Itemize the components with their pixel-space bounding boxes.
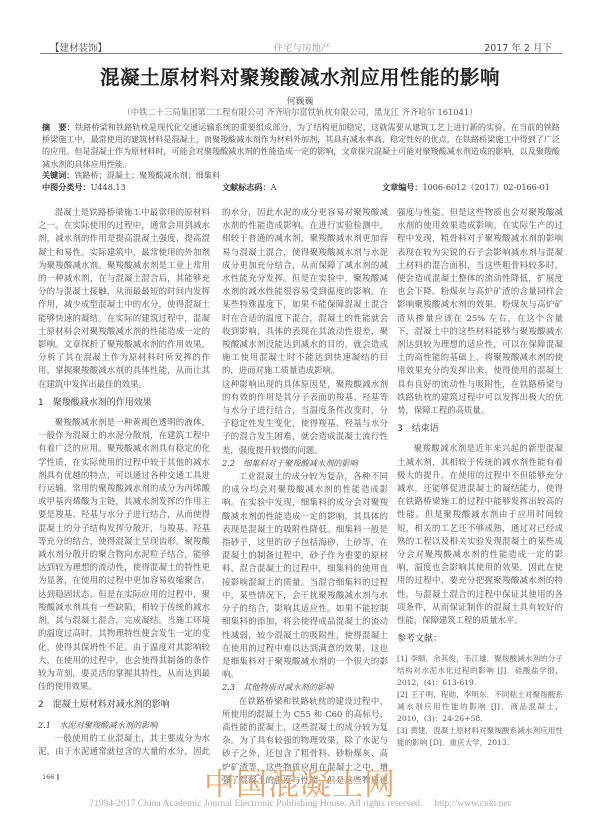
- section-2-heading: 2 混凝土原材料对减水剂的影响: [38, 699, 210, 712]
- abstract: 摘 要：铁路桥梁和铁路轨枕是现代化交通运输系统的重要组成部分，为了结构更加稳定，…: [42, 121, 560, 170]
- clc-label: 中图分类号：: [42, 182, 91, 192]
- column-3: 强度与性能。但是这些物质也会对聚羧酸减水剂的使用效果造成影响。在实际生产的过程中…: [397, 206, 563, 749]
- section-3-heading: 3 结束语: [397, 423, 563, 436]
- doc-code-value: A: [271, 182, 277, 192]
- section-2-1-heading: 2.1 水泥对聚羧酸减水剂的影响: [38, 719, 210, 732]
- reference-3: [3] 黄建．混凝土原材料对聚羧酸系减水剂应用性能的影响 [D]．重庆大学，20…: [397, 725, 563, 749]
- header-divider: [40, 53, 562, 54]
- article-no-value: 1006-6012（2017）02-0166-01: [422, 182, 549, 192]
- author-affiliation: （中铁二十三局集团第二工程有限公司 齐齐哈尔富铁轨枕有限公司，黑龙江 齐齐哈尔 …: [0, 106, 600, 118]
- running-header: 【建材装饰】 住宅与房地产 2017 年 2 月下: [42, 40, 562, 54]
- article-no-label: 文章编号：: [382, 182, 422, 192]
- column-2: 的水分，因此水泥的成分更容易对聚羧酸减水剂的性能造成影响。在进行实验检测中，相较…: [222, 206, 388, 787]
- section-2-1-paragraph-cont: 的水分，因此水泥的成分更容易对聚羧酸减水剂的性能造成影响。在进行实验检测中，相较…: [222, 206, 388, 378]
- section-2-2-heading: 2.2 细集料对于聚羧酸减水剂的影响: [222, 457, 388, 470]
- references-heading: 参考文献：: [397, 633, 563, 646]
- clc-value: U448.13: [91, 182, 126, 192]
- classification-line: 中图分类号：U448.13 文献标志码：A 文章编号：1006-6012（201…: [42, 182, 560, 194]
- keywords-text: 铁路桥；混凝土；聚羧酸减水剂；细集料: [74, 170, 220, 180]
- doc-code-field: 文献标志码：A: [222, 182, 276, 193]
- section-2-1-paragraph: 一般使用的工业混凝土，其主要成分为水泥，由于水泥通常就包含的大量的水分，因此水泥…: [38, 732, 210, 758]
- keywords-label: 关键词：: [42, 170, 74, 180]
- section-2-2-paragraph: 工业混凝土的成分较为复杂，各种不同的成分均会对聚羧酸减水剂的性能造成影响。在实验…: [222, 470, 388, 681]
- article-title: 混凝土原材料对聚羧酸减水剂应用性能的影响: [0, 62, 600, 90]
- section-1-paragraph: 聚羧酸减水剂是一种黄褐色透明的液体，一般作为混凝土的水泥分散剂，在建筑工程中有着…: [38, 416, 210, 693]
- copyright-footer: ?1994-2017 China Academic Journal Electr…: [0, 795, 600, 809]
- issue-date: 2017 年 2 月下: [484, 40, 552, 54]
- abstract-label: 摘 要：: [42, 122, 75, 132]
- column-1: 混凝土是铁路桥梁施工中最常用的原材料之一。在实际使用的过程中，通常会用到减水剂，…: [38, 206, 210, 758]
- clc-field: 中图分类号：U448.13: [42, 182, 126, 193]
- section-2-3-paragraph-cont: 强度与性能。但是这些物质也会对聚羧酸减水剂的使用效果造成影响。在实际生产的过程中…: [397, 206, 563, 417]
- section-1-heading: 1 聚羧酸减水剂的作用效果: [38, 397, 210, 410]
- section-2-3-heading: 2.3 其他物质对减水剂的影响: [222, 681, 388, 694]
- reference-1: [1] 李顺，余其俊，韦江雄．聚羧酸减水剂的分子结构对水泥水化过程的影响 [J]…: [397, 653, 563, 689]
- intro-paragraph: 混凝土是铁路桥梁施工中最常用的原材料之一。在实际使用的过程中，通常会用到减水剂，…: [38, 206, 210, 391]
- article-no-field: 文章编号：1006-6012（2017）02-0166-01: [382, 182, 550, 193]
- reference-2: [2] 王子明，程勋，李明东．不同粘土对聚羧酸系减水剂应用性能的影响 [J]．商…: [397, 689, 563, 725]
- abstract-text: 铁路桥梁和铁路轨枕是现代化交通运输系统的重要组成部分，为了结构更加稳定，这就需要…: [42, 122, 560, 169]
- section-3-paragraph: 聚羧酸减水剂是近年来兴起的新型混凝土减水剂，其相较于传统的减水剂性能有着极大的提…: [397, 442, 563, 627]
- doc-code-label: 文献标志码：: [222, 182, 271, 192]
- section-2-1-paragraph-2: 这种影响出现的具体原因是，聚羧酸减水剂的有效的作用是其分子表面的羧基、羟基等与水…: [222, 378, 388, 457]
- keywords: 关键词：铁路桥；混凝土；聚羧酸减水剂；细集料: [42, 170, 560, 181]
